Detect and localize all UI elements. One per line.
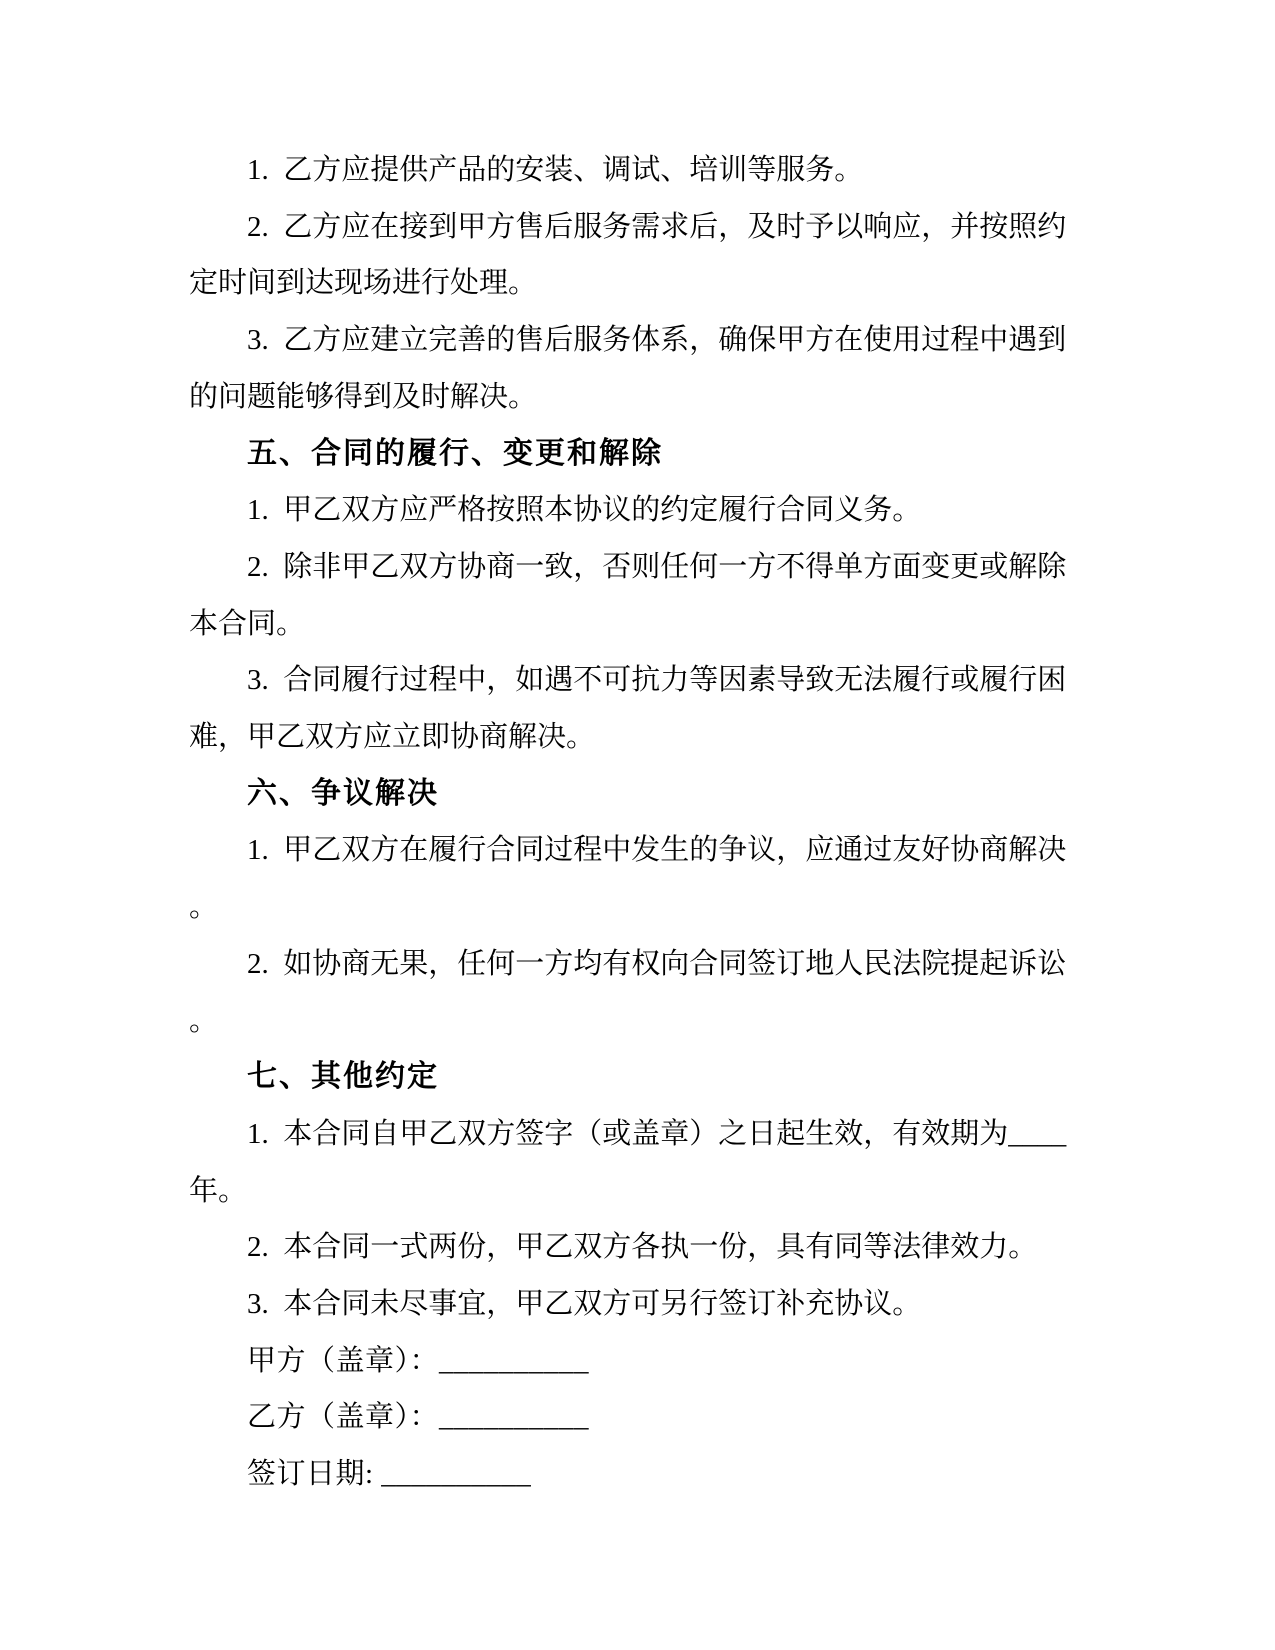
text-line: 定时间到达现场进行处理。 xyxy=(189,255,1109,312)
text-line: 本合同。 xyxy=(189,596,1109,653)
text-line: 。 xyxy=(189,879,1109,936)
text-line: 。 xyxy=(189,993,1109,1050)
text-line: 的问题能够得到及时解决。 xyxy=(189,369,1109,426)
text-line: 难，甲乙双方应立即协商解决。 xyxy=(189,709,1109,766)
text-line: 3. 本合同未尽事宜，甲乙双方可另行签订补充协议。 xyxy=(189,1276,1109,1333)
section-heading: 七、其他约定 xyxy=(189,1049,1109,1106)
text-line: 1. 本合同自甲乙双方签字（或盖章）之日起生效，有效期为____ xyxy=(189,1106,1109,1163)
text-line: 3. 合同履行过程中，如遇不可抗力等因素导致无法履行或履行困 xyxy=(189,652,1109,709)
text-line: 1. 甲乙双方在履行合同过程中发生的争议，应通过友好协商解决 xyxy=(189,822,1109,879)
contract-page: 1. 乙方应提供产品的安装、调试、培训等服务。2. 乙方应在接到甲方售后服务需求… xyxy=(0,0,1275,1650)
signature-line: 签订日期: __________ xyxy=(189,1446,1109,1503)
section-heading: 六、争议解决 xyxy=(189,766,1109,823)
section-heading: 五、合同的履行、变更和解除 xyxy=(189,426,1109,483)
text-line: 2. 除非甲乙双方协商一致，否则任何一方不得单方面变更或解除 xyxy=(189,539,1109,596)
signature-line: 乙方（盖章）：__________ xyxy=(189,1389,1109,1446)
text-line: 年。 xyxy=(189,1163,1109,1220)
text-line: 2. 乙方应在接到甲方售后服务需求后，及时予以响应，并按照约 xyxy=(189,199,1109,256)
text-line: 2. 本合同一式两份，甲乙双方各执一份，具有同等法律效力。 xyxy=(189,1219,1109,1276)
text-line: 3. 乙方应建立完善的售后服务体系，确保甲方在使用过程中遇到 xyxy=(189,312,1109,369)
text-line: 2. 如协商无果，任何一方均有权向合同签订地人民法院提起诉讼 xyxy=(189,936,1109,993)
signature-line: 甲方（盖章）：__________ xyxy=(189,1333,1109,1390)
document-body: 1. 乙方应提供产品的安装、调试、培训等服务。2. 乙方应在接到甲方售后服务需求… xyxy=(189,142,1109,1503)
text-line: 1. 甲乙双方应严格按照本协议的约定履行合同义务。 xyxy=(189,482,1109,539)
text-line: 1. 乙方应提供产品的安装、调试、培训等服务。 xyxy=(189,142,1109,199)
